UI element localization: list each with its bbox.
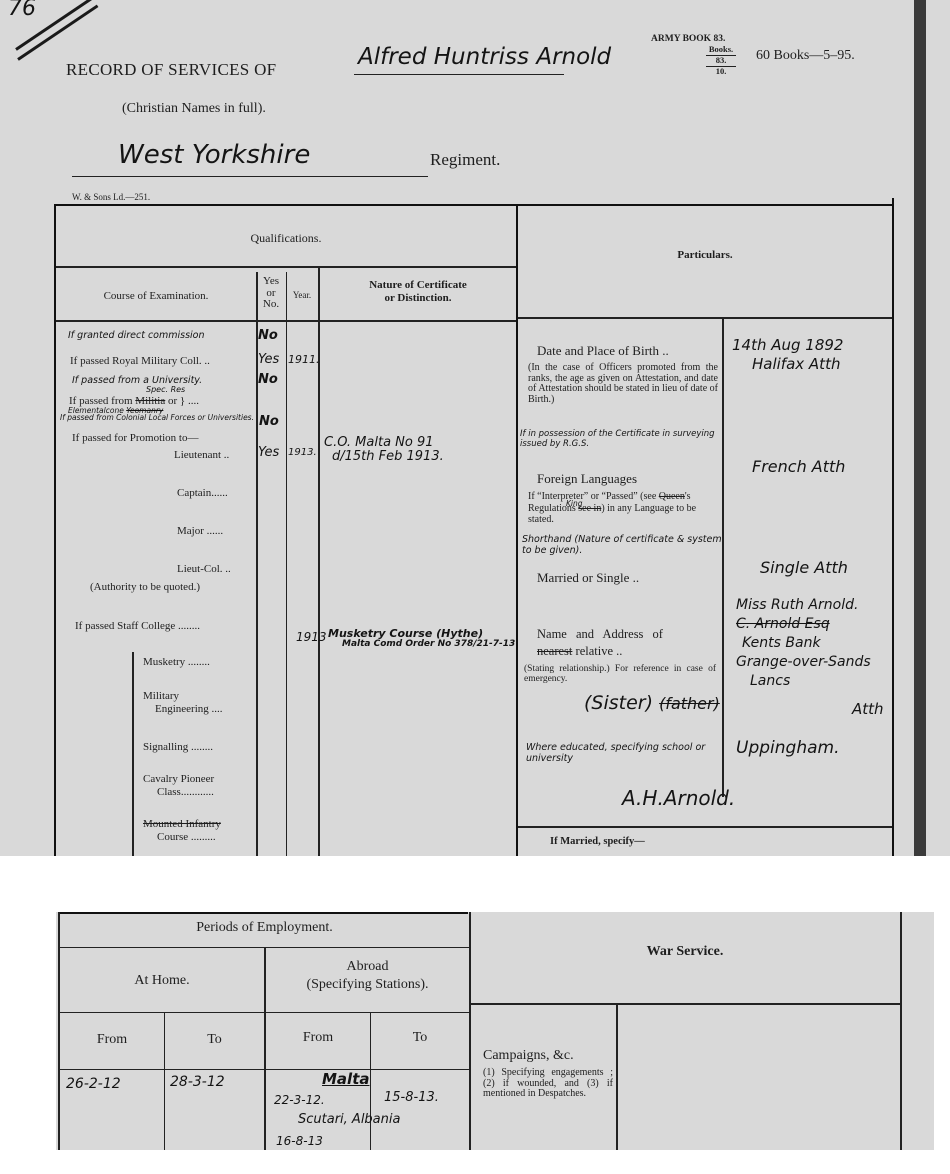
marital-value: Single Atth [760, 558, 848, 577]
campaigns-label: Campaigns, &c. [483, 1048, 574, 1064]
row-musketry-nature: Musketry Course (Hythe) Malta Comd Order… [328, 628, 515, 650]
relative-name: Miss Ruth Arnold. [736, 596, 871, 615]
regiment-value: West Yorkshire [118, 140, 310, 170]
col-nature-of-certificate: Nature of Certificate or Distinction. [320, 279, 516, 305]
sub-course-military-engineering: Military Engineering .... [143, 690, 223, 715]
regiment-label: Regiment. [430, 150, 500, 170]
service-record-sheet-top [0, 0, 950, 856]
relative-address-line1: Kents Bank [736, 634, 871, 653]
name-underline [354, 74, 564, 75]
relative-value: Miss Ruth Arnold. C. Arnold Esq Kents Ba… [736, 596, 871, 690]
row-militia-insert: Spec. Res [146, 385, 185, 394]
row-direct-commission-label: If granted direct commission [68, 330, 205, 341]
row-colonial-yesno: No [259, 414, 279, 429]
abroad-from-header: From [266, 1030, 370, 1046]
if-married-label: If Married, specify— [550, 836, 645, 847]
particulars-title-divider [518, 317, 892, 319]
war-service-title-divider [470, 1003, 900, 1005]
relative-relationship-value: (Sister) [584, 692, 653, 714]
languages-note-insert: King [566, 499, 583, 508]
sub-course-cavalry-pioneer: Cavalry Pioneer Class............ [143, 773, 214, 798]
row-rmc-label: If passed Royal Military Coll. .. [70, 355, 210, 367]
table-middle-divider [516, 204, 518, 856]
abroad-header-line1: Abroad [266, 958, 469, 976]
birth-label: Date and Place of Birth .. [537, 343, 669, 359]
page-binding-edge [914, 0, 926, 856]
relative-label-line1: Name and Address of [537, 627, 663, 642]
row-rmc-yesno: Yes [258, 352, 279, 367]
education-value: Uppingham. [736, 738, 839, 758]
relative-relationship: (Sister) (father) [584, 692, 720, 714]
row-promotion-label: If passed for Promotion to— [72, 432, 198, 444]
printer-imprint: W. & Sons Ld.—251. [72, 192, 150, 202]
books-fraction: Books. 83. 10. [706, 45, 736, 76]
abroad-header: Abroad (Specifying Stations). [266, 958, 469, 994]
qualifications-title-divider [56, 266, 516, 268]
abroad-to-header: To [371, 1030, 469, 1046]
abroad-header-line2: (Specifying Stations). [266, 976, 469, 994]
col-yes-or-no-line1: Yes [257, 276, 285, 288]
at-home-header: At Home. [60, 973, 264, 989]
abroad-to-malta: 15-8-13. [384, 1090, 439, 1105]
surveying-note: If in possession of the Certificate in s… [520, 430, 720, 450]
relative-relationship-struck: (father) [659, 694, 720, 713]
row-rmc-year: 1911. [288, 353, 320, 366]
birth-value: 14th Aug 1892 Halifax Atth [732, 336, 843, 374]
col-yes-or-no-line3: No. [257, 299, 285, 311]
abroad-station-scutari: Scutari, Albania [298, 1112, 400, 1127]
relative-note: (Stating relationship.) For reference in… [524, 665, 716, 685]
christian-names-note: (Christian Names in full). [122, 101, 266, 117]
birth-note: (In the case of Officers promoted from t… [528, 363, 718, 405]
army-book-label: ARMY BOOK 83. [651, 34, 725, 44]
books-fraction-bottom: 10. [706, 67, 736, 77]
home-to-header: To [165, 1032, 264, 1048]
sub-course-mounted-infantry: Mounted Infantry Course ......... [143, 818, 221, 843]
campaigns-divider [616, 1004, 618, 1150]
relative-address-line2: Grange-over-Sands [736, 653, 871, 672]
row-lieutenant-nature-line1: C.O. Malta No 91 [324, 436, 444, 450]
particulars-value-divider [722, 317, 724, 797]
home-from-header: From [60, 1032, 164, 1048]
row-lieutenant-nature: C.O. Malta No 91 d/15th Feb 1913. [324, 436, 444, 465]
row-direct-commission-yesno: No [258, 328, 278, 343]
row-lieut-col-label: Lieut-Col. .. [177, 563, 231, 575]
sub-course-signalling: Signalling ........ [143, 741, 213, 753]
employment-title: Periods of Employment. [60, 920, 469, 936]
corner-file-number: 76 [8, 0, 36, 21]
sub-course-bracket [132, 652, 134, 856]
row-lieutenant-nature-line2: d/15th Feb 1913. [324, 450, 444, 464]
relative-address-line3: Lancs [736, 672, 871, 691]
col-nature-line1: Nature of Certificate [320, 279, 516, 292]
row-lieutenant-yesno: Yes [258, 445, 279, 460]
employment-top-border [58, 912, 468, 914]
regiment-underline [72, 176, 428, 177]
sub-course-cavalry-pioneer-line2: Class............ [143, 786, 214, 799]
employment-header-row-divider [60, 1069, 469, 1070]
row-musketry-nature-line2: Malta Comd Order No 378/21-7-13 [328, 640, 515, 650]
books-fraction-mid: 83. [706, 56, 736, 67]
birth-date-value: 14th Aug 1892 [732, 336, 843, 355]
languages-value: French Atth [752, 457, 845, 476]
languages-note-struck: Queen [659, 491, 685, 502]
col-divider-year [286, 272, 287, 856]
sub-course-musketry: Musketry ........ [143, 656, 210, 668]
relative-label-text: relative .. [576, 644, 623, 658]
war-right-border [900, 912, 902, 1150]
languages-note-pre: If “Interpreter” or “Passed” (see [528, 491, 659, 502]
row-colonial-label: If passed from Colonial Local Forces or … [60, 414, 258, 422]
record-label: RECORD OF SERVICES OF [66, 60, 276, 80]
table-right-border [892, 198, 894, 856]
row-lieutenant-label: Lieutenant .. [174, 449, 229, 461]
education-label: Where educated, specifying school or uni… [526, 742, 716, 765]
officer-signature: A.H.Arnold. [622, 786, 735, 810]
row-lieutenant-year: 1913. [288, 447, 317, 458]
campaigns-note: (1) Specifying engagements ; (2) if woun… [483, 1068, 613, 1100]
war-service-title: War Service. [470, 944, 900, 960]
col-yes-or-no: Yes or No. [257, 276, 285, 311]
home-from-value: 26-2-12 [66, 1076, 121, 1092]
abroad-from-malta: 22-3-12. [274, 1093, 325, 1107]
abroad-station-malta: Malta [322, 1070, 369, 1088]
relative-name-struck: C. Arnold Esq [736, 615, 871, 634]
row-militia-suffix: or } .... [168, 395, 199, 407]
relative-label-line2: nearest relative .. [537, 644, 622, 659]
home-to-value: 28-3-12 [170, 1074, 225, 1090]
row-university-yesno: No [258, 372, 278, 387]
relative-label-struck: nearest [537, 644, 572, 658]
row-captain-label: Captain...... [177, 487, 228, 499]
relative-verified: Atth [852, 700, 884, 718]
row-musketry-year: 1913 [296, 630, 327, 644]
birth-place-value: Halifax Atth [732, 355, 843, 374]
shorthand-note: Shorthand (Nature of certificate & syste… [522, 535, 722, 557]
table-top-border [54, 204, 894, 206]
col-course-of-examination: Course of Examination. [56, 290, 256, 302]
officer-name: Alfred Huntriss Arnold [358, 44, 611, 70]
row-authority-note: (Authority to be quoted.) [90, 581, 200, 593]
languages-label: Foreign Languages [537, 471, 637, 487]
particulars-bottom-divider [518, 826, 892, 828]
sub-course-military-engineering-line1: Military [143, 690, 223, 703]
qualifications-title: Qualifications. [56, 231, 516, 246]
particulars-title: Particulars. [518, 249, 892, 261]
col-year: Year. [286, 290, 318, 300]
sub-course-mounted-infantry-line1: Mounted Infantry [143, 818, 221, 831]
row-staff-college-label: If passed Staff College ........ [75, 620, 200, 632]
employment-subheader-divider [60, 1012, 469, 1013]
print-run: 60 Books—5–95. [756, 48, 855, 64]
sub-course-military-engineering-line2: Engineering .... [143, 703, 223, 716]
marital-label: Married or Single .. [537, 570, 639, 586]
languages-note: If “Interpreter” or “Passed” (see Queen'… [528, 491, 720, 526]
sub-course-cavalry-pioneer-line1: Cavalry Pioneer [143, 773, 214, 786]
sub-course-mounted-infantry-line2: Course ......... [143, 831, 221, 844]
row-major-label: Major ...... [177, 525, 223, 537]
col-nature-line2: or Distinction. [320, 292, 516, 305]
abroad-from-scutari: 16-8-13 [276, 1134, 323, 1148]
